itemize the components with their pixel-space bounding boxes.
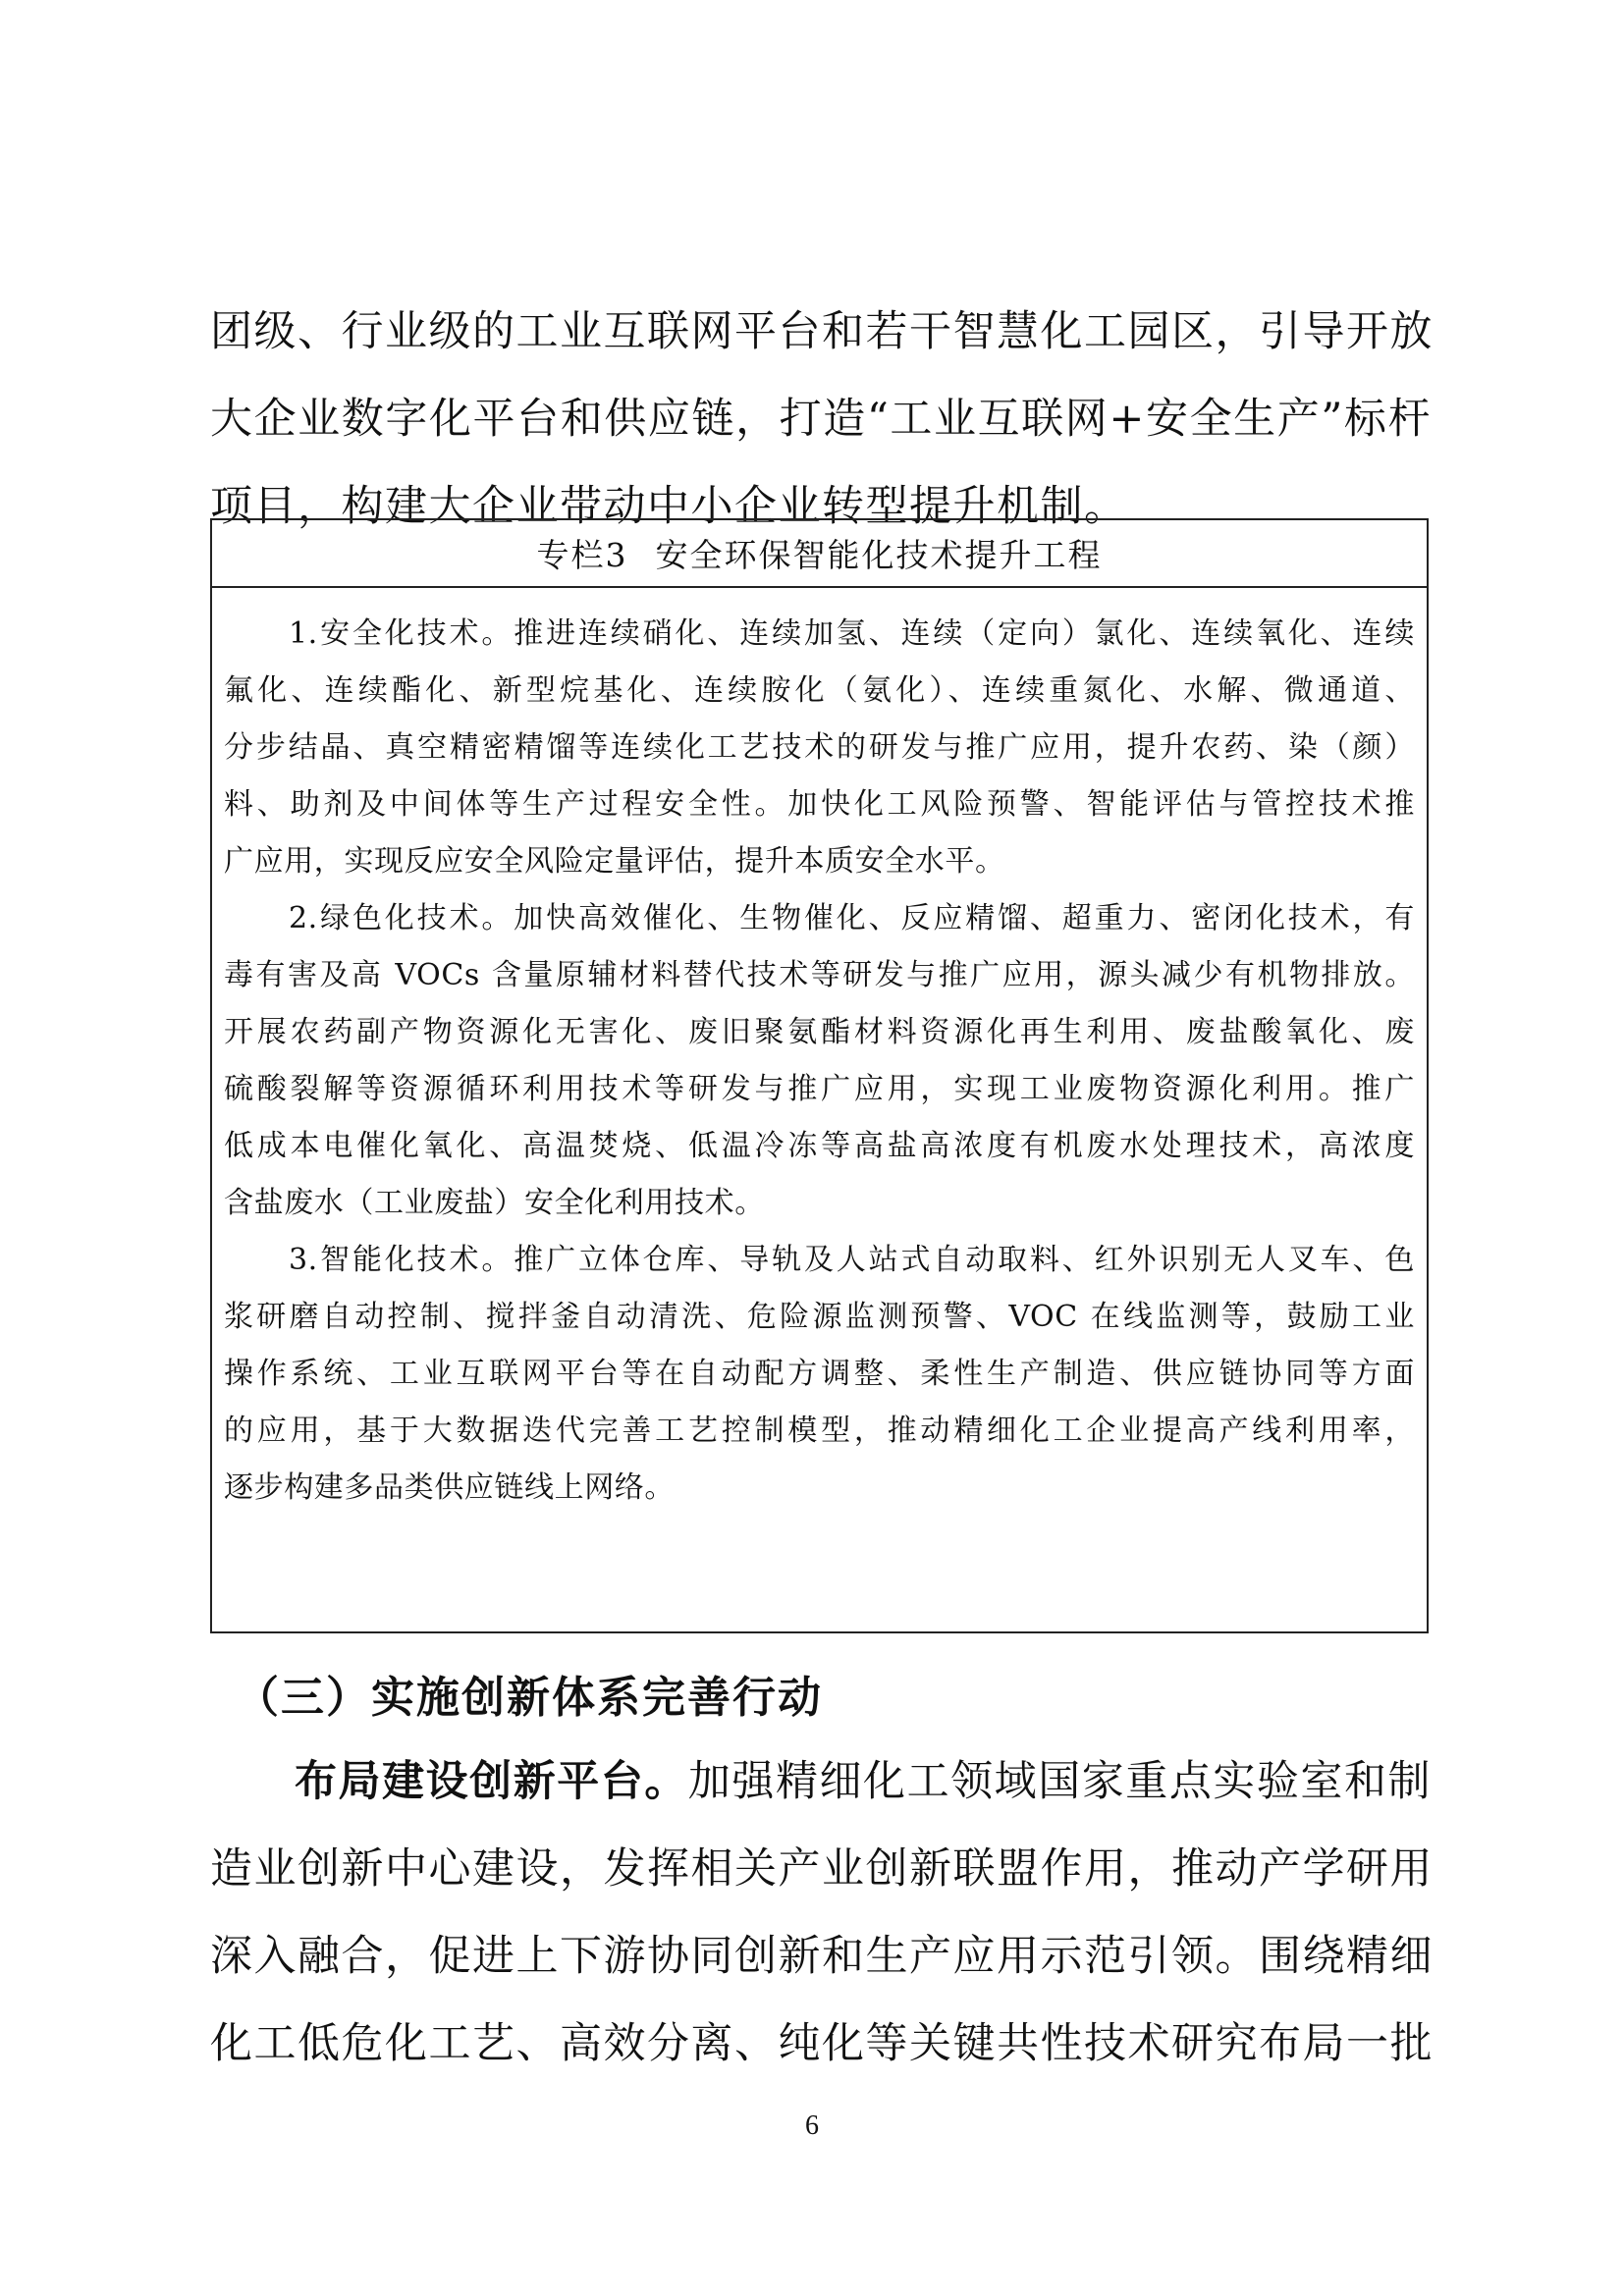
column-item-line: 广应用，实现反应安全风险定量评估，提升本质安全水平。 bbox=[224, 842, 1415, 881]
paragraph-line: 深入融合，促进上下游协同创新和生产应用示范引领。围绕精细 bbox=[210, 1927, 1432, 1986]
column-item-line: 毒有害及高 VOCs 含量原辅材料替代技术等研发与推广应用，源头减少有机物排放。 bbox=[224, 956, 1415, 995]
column-item-line: 的应用，基于大数据迭代完善工艺控制模型，推动精细化工企业提高产线利用率， bbox=[224, 1412, 1415, 1451]
column-box: 专栏3 安全环保智能化技术提升工程 1.安全化技术。推进连续硝化、连续加氢、连续… bbox=[210, 518, 1429, 1633]
column-box-title: 安全环保智能化技术提升工程 bbox=[656, 530, 1103, 576]
column-item-line: 含盐废水（工业废盐）安全化利用技术。 bbox=[224, 1184, 1415, 1223]
paragraph-lead: 布局建设创新平台。 bbox=[295, 1757, 688, 1806]
column-item-line: 低成本电催化氧化、高温焚烧、低温冷冻等高盐高浓度有机废水处理技术，高浓度 bbox=[224, 1127, 1415, 1166]
column-item-line: 硫酸裂解等资源循环利用技术等研发与推广应用，实现工业废物资源化利用。推广 bbox=[224, 1070, 1415, 1109]
column-box-number: 专栏3 bbox=[537, 530, 628, 576]
intro-line: 大企业数字化平台和供应链，打造“工业互联网+安全生产”标杆 bbox=[210, 390, 1432, 449]
paragraph-line: 化工低危化工艺、高效分离、纯化等关键共性技术研究布局一批 bbox=[210, 2014, 1432, 2073]
section-heading: （三）实施创新体系完善行动 bbox=[236, 1669, 823, 1728]
page-number: 6 bbox=[0, 2110, 1624, 2142]
paragraph-line: 造业创新中心建设，发挥相关产业创新联盟作用，推动产学研用 bbox=[210, 1840, 1432, 1898]
column-item-line: 料、助剂及中间体等生产过程安全性。加快化工风险预警、智能评估与管控技术推 bbox=[224, 785, 1415, 825]
column-item-line: 1.安全化技术。推进连续硝化、连续加氢、连续（定向）氯化、连续氧化、连续 bbox=[289, 614, 1415, 654]
column-item-line: 2.绿色化技术。加快高效催化、生物催化、反应精馏、超重力、密闭化技术，有 bbox=[289, 899, 1415, 938]
intro-line: 团级、行业级的工业互联网平台和若干智慧化工园区，引导开放 bbox=[210, 302, 1432, 361]
column-item-line: 逐步构建多品类供应链线上网络。 bbox=[224, 1468, 1415, 1508]
paragraph-first-line-rest: 加强精细化工领域国家重点实验室和制 bbox=[688, 1757, 1432, 1806]
column-item-line: 分步结晶、真空精密精馏等连续化工艺技术的研发与推广应用，提升农药、染（颜） bbox=[224, 728, 1415, 768]
column-box-header: 专栏3 安全环保智能化技术提升工程 bbox=[212, 520, 1427, 588]
column-item-line: 操作系统、工业互联网平台等在自动配方调整、柔性生产制造、供应链协同等方面 bbox=[224, 1355, 1415, 1394]
column-item-line: 浆研磨自动控制、搅拌釜自动清洗、危险源监测预警、VOC 在线监测等，鼓励工业 bbox=[224, 1298, 1415, 1337]
document-page: 团级、行业级的工业互联网平台和若干智慧化工园区，引导开放 大企业数字化平台和供应… bbox=[0, 0, 1624, 2296]
column-item-line: 3.智能化技术。推广立体仓库、导轨及人站式自动取料、红外识别无人叉车、色 bbox=[289, 1241, 1415, 1280]
column-item-line: 开展农药副产物资源化无害化、废旧聚氨酯材料资源化再生利用、废盐酸氧化、废 bbox=[224, 1013, 1415, 1052]
paragraph-first-line: 布局建设创新平台。加强精细化工领域国家重点实验室和制 bbox=[295, 1752, 1432, 1811]
column-item-line: 氟化、连续酯化、新型烷基化、连续胺化（氨化）、连续重氮化、水解、微通道、 bbox=[224, 671, 1415, 711]
